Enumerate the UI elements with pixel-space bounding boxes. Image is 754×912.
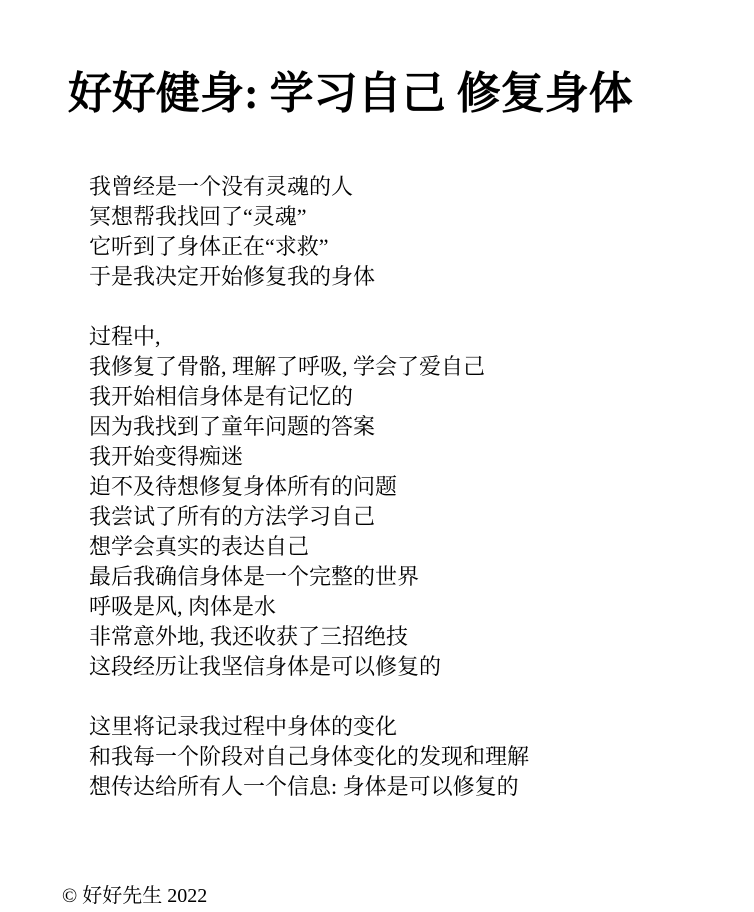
poem-line: 于是我决定开始修复我的身体	[89, 262, 529, 292]
poem-line: 它听到了身体正在“求救”	[89, 232, 529, 262]
poem-line: 最后我确信身体是一个完整的世界	[89, 562, 529, 592]
stanza: 过程中,我修复了骨骼, 理解了呼吸, 学会了爱自己我开始相信身体是有记忆的因为我…	[89, 322, 529, 682]
poem-line: 我修复了骨骼, 理解了呼吸, 学会了爱自己	[89, 352, 529, 382]
poem-line: 想传达给所有人一个信息: 身体是可以修复的	[89, 772, 529, 802]
poem-line: 我开始变得痴迷	[89, 442, 529, 472]
poem-body: 我曾经是一个没有灵魂的人冥想帮我找回了“灵魂”它听到了身体正在“求救”于是我决定…	[89, 172, 529, 802]
poem-line: 我尝试了所有的方法学习自己	[89, 502, 529, 532]
poem-line: 因为我找到了童年问题的答案	[89, 412, 529, 442]
poem-line: 过程中,	[89, 322, 529, 352]
poem-line: 想学会真实的表达自己	[89, 532, 529, 562]
poem-line: 冥想帮我找回了“灵魂”	[89, 202, 529, 232]
poem-line: 非常意外地, 我还收获了三招绝技	[89, 622, 529, 652]
poem-line: 这段经历让我坚信身体是可以修复的	[89, 652, 529, 682]
copyright-footer: © 好好先生 2022	[62, 883, 207, 909]
poem-line: 我曾经是一个没有灵魂的人	[89, 172, 529, 202]
page-title: 好好健身: 学习自己 修复身体	[68, 68, 633, 121]
poem-line: 和我每一个阶段对自己身体变化的发现和理解	[89, 742, 529, 772]
stanza: 我曾经是一个没有灵魂的人冥想帮我找回了“灵魂”它听到了身体正在“求救”于是我决定…	[89, 172, 529, 292]
poem-line: 呼吸是风, 肉体是水	[89, 592, 529, 622]
poem-line: 迫不及待想修复身体所有的问题	[89, 472, 529, 502]
poem-line: 这里将记录我过程中身体的变化	[89, 712, 529, 742]
stanza: 这里将记录我过程中身体的变化和我每一个阶段对自己身体变化的发现和理解想传达给所有…	[89, 712, 529, 802]
poem-line: 我开始相信身体是有记忆的	[89, 382, 529, 412]
document-page: 好好健身: 学习自己 修复身体 我曾经是一个没有灵魂的人冥想帮我找回了“灵魂”它…	[0, 0, 754, 912]
